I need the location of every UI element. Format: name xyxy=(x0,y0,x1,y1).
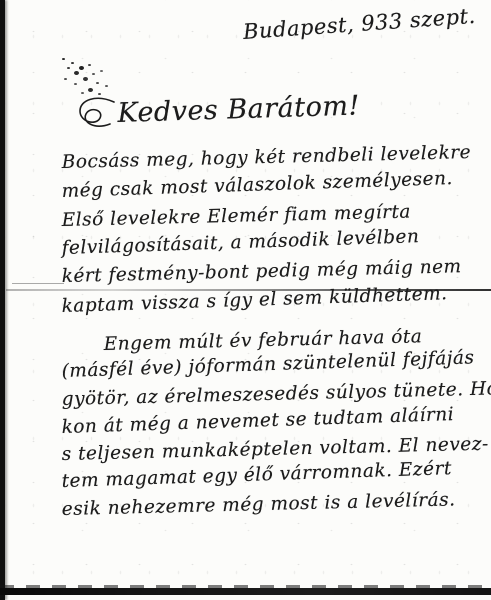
letter-line: kért festmény-bont pedig még máig nem xyxy=(61,256,461,287)
letter-line: felvilágosításait, a második levélben xyxy=(61,226,419,259)
fold-crease-dash xyxy=(12,283,64,284)
letter-page: Budapest, 933 szept. Kedves Barátom! Boc… xyxy=(0,0,491,600)
scan-edge-bottom xyxy=(0,588,491,595)
salutation: Kedves Barátom! xyxy=(117,90,360,129)
ink-smudge xyxy=(62,58,65,60)
scan-edge-left xyxy=(0,0,5,600)
dateline: Budapest, 933 szept. xyxy=(242,4,476,44)
letter-line: esik nehezemre még most is a levélírás. xyxy=(61,489,455,520)
letter-line: kon át még a nevemet se tudtam aláírni xyxy=(61,404,454,438)
letter-line: Első levelekre Elemér fiam megírta xyxy=(61,201,411,231)
letter-line: még csak most válaszolok személyesen. xyxy=(61,168,453,202)
letter-line: Bocsáss meg, hogy két rendbeli levelekre xyxy=(61,142,471,173)
flourish-ornament-icon xyxy=(76,96,120,130)
